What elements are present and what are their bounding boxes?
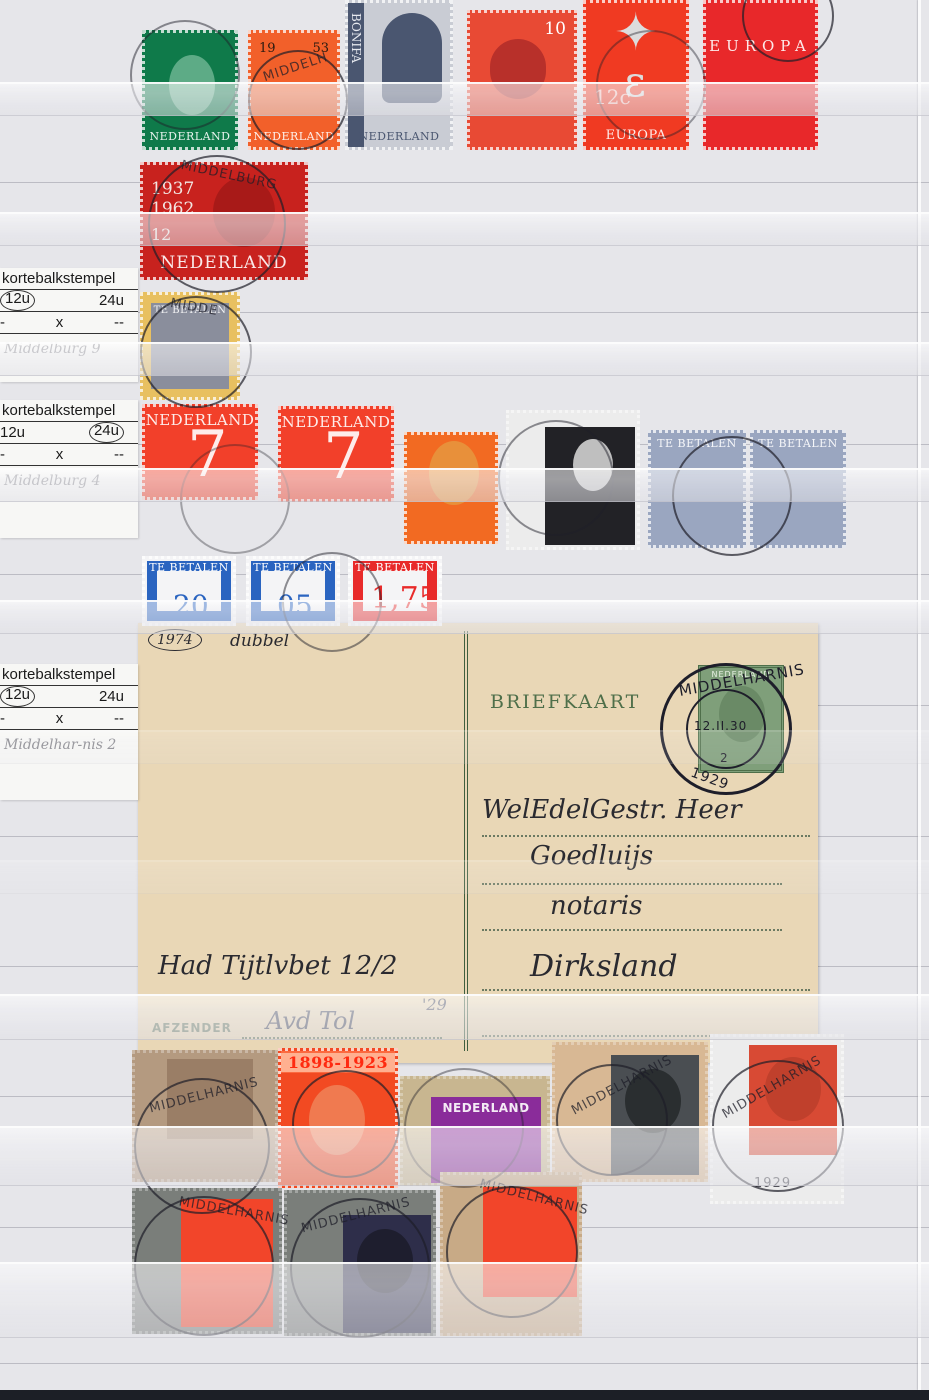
- stamp-year-left: 19: [259, 41, 276, 56]
- address-dotted-line: [482, 989, 810, 991]
- page-rule: [0, 1363, 929, 1364]
- stamp-te-betalen-05[interactable]: TE BETALEN 05: [246, 556, 340, 626]
- stamp-text: TE BETALEN: [753, 437, 843, 450]
- portrait-icon: [357, 1229, 413, 1293]
- stamp-nedfriand-purple[interactable]: NEDERLAND: [400, 1076, 550, 1186]
- portrait-icon: [719, 686, 765, 742]
- stamp-text: EUROPA: [586, 128, 686, 143]
- label-title: kortebalkstempel: [0, 268, 138, 290]
- stamp-text: EUROPA: [706, 37, 815, 55]
- postcard-divider: [464, 631, 468, 1051]
- stamp-year-top: 1937: [151, 179, 194, 199]
- sender-dotted-line: [242, 1037, 442, 1039]
- stamp-text: TE BETALEN: [351, 561, 439, 574]
- stamp-text: NEDERLAND: [251, 130, 337, 143]
- stamp-children-10c[interactable]: 10: [467, 10, 577, 150]
- label-cell: x: [56, 312, 64, 333]
- stamp-year-bottom: 1962: [151, 199, 194, 219]
- portrait-icon: [169, 55, 215, 115]
- label-cell: --: [114, 708, 124, 729]
- stamp-juliana-black[interactable]: [506, 410, 640, 550]
- sender-label: AFZENDER: [152, 1021, 232, 1035]
- stamp-value: 7: [187, 423, 228, 487]
- label-cell: -: [0, 312, 5, 333]
- label-cell: --: [114, 444, 124, 465]
- stamp-text: TE BETALEN: [249, 561, 337, 574]
- stamp-bonifatius[interactable]: BONIFA NEDERLAND: [345, 0, 453, 150]
- children-figure-icon: [490, 39, 546, 99]
- stamp-europa-12c[interactable]: ✦ ε 12c EUROPA: [583, 0, 689, 150]
- label-cell: --: [114, 312, 124, 333]
- address-dotted-line: [482, 883, 782, 885]
- address-line: notaris: [550, 891, 642, 921]
- stamp-green-queen[interactable]: NEDERLAND: [142, 30, 238, 150]
- stamp-text: NEDERLAND: [145, 130, 235, 143]
- address-line: WelEdelGestr. Heer: [482, 795, 742, 825]
- stamp-text: NEDERLAND: [143, 253, 305, 273]
- postcard-heading: BRIEFKAART: [490, 691, 640, 713]
- page-edge: [918, 0, 921, 1390]
- label-col-24u: 24u: [99, 686, 124, 707]
- stamp-jubilee-1898-1923[interactable]: 1898-1923: [278, 1048, 398, 1188]
- stamp-te-betalen-grey-b[interactable]: TE BETALEN: [750, 430, 846, 548]
- stamp-cijfer-7-a[interactable]: NEDERLAND 7: [142, 404, 258, 500]
- address-line: Goedluijs: [530, 841, 653, 871]
- stamp-te-betalen-grey-a[interactable]: TE BETALEN: [648, 430, 746, 548]
- portrait-icon: [573, 439, 613, 491]
- postmark-year: 1929: [754, 1176, 791, 1191]
- label-col-24u: 24u: [89, 422, 124, 443]
- annotation-year: 1974: [148, 629, 202, 651]
- sender-name: Avd Tol: [266, 1007, 355, 1035]
- label-handwritten-note: Middelburg 4: [0, 466, 138, 538]
- label-col-12u: 12u: [0, 686, 35, 707]
- address-dotted-line: [482, 835, 810, 837]
- label-cell: -: [0, 444, 5, 465]
- sender-year: '29: [422, 995, 447, 1014]
- stamp-brown-stationery-cutout[interactable]: [132, 1050, 278, 1182]
- stamp-text: TE BETALEN: [651, 437, 743, 450]
- label-cell: -: [0, 708, 5, 729]
- postmark-label-card: kortebalkstempel 12u24u -x-- Middelhar-n…: [0, 664, 138, 800]
- address-line: Dirksland: [530, 949, 678, 984]
- portrait-icon: [429, 441, 479, 505]
- stockbook-page: NEDERLAND 19 53 NEDERLAND BONIFA NEDERLA…: [0, 0, 929, 1390]
- postmark-label-card: kortebalkstempel 12u24u -x-- Middelburg …: [0, 268, 138, 382]
- postmark-date: 12.II.30: [694, 719, 747, 733]
- stamp-orange-1953[interactable]: 19 53 NEDERLAND: [248, 30, 340, 150]
- annotation-dubbel: dubbel: [230, 631, 289, 651]
- stamp-value: 1,75: [371, 581, 438, 616]
- stamp-cijfer-7-b[interactable]: NEDERLAND 7: [278, 406, 394, 502]
- postcard-message: Had Tijtlvbet 12/2: [158, 951, 397, 981]
- postmark-label-card: kortebalkstempel 12u24u -x-- Middelburg …: [0, 400, 138, 538]
- postmark-number: 2: [720, 751, 729, 765]
- portrait-icon: [309, 1085, 365, 1155]
- stamp-te-betalen-20[interactable]: TE BETALEN 20: [142, 556, 236, 626]
- address-dotted-line: [482, 929, 782, 931]
- label-handwritten-note: Middelburg 9: [0, 334, 138, 382]
- label-cell: x: [56, 444, 64, 465]
- page-shadow-edge: [0, 1390, 929, 1400]
- stamp-juliana-orange[interactable]: [404, 432, 498, 544]
- stamp-value: 10: [544, 19, 566, 39]
- label-cell: x: [56, 708, 64, 729]
- stamp-side-text: BONIFA: [349, 13, 363, 63]
- dove-icon: ✦: [614, 7, 658, 59]
- label-title: kortebalkstempel: [0, 664, 138, 686]
- page-rule: [0, 574, 929, 575]
- stamp-value: 12: [151, 225, 171, 244]
- label-col-12u: 12u: [0, 422, 25, 443]
- label-col-24u: 24u: [99, 290, 124, 311]
- stamp-text: TE BETALEN: [145, 561, 233, 574]
- stamp-value: 05: [277, 589, 313, 622]
- monk-portrait-icon: [382, 13, 442, 103]
- label-col-12u: 12u: [0, 290, 35, 311]
- label-title: kortebalkstempel: [0, 400, 138, 422]
- postcard-briefkaart[interactable]: 1974 dubbel BRIEFKAART NEDERLAND MIDDELH…: [138, 623, 818, 1063]
- stamp-europa-red[interactable]: EUROPA: [703, 0, 818, 150]
- stamp-value: 7: [323, 425, 364, 489]
- stamp-years: 1898-1923: [281, 1053, 395, 1072]
- stamp-te-betalen-175[interactable]: TE BETALEN 1,75: [348, 556, 442, 626]
- stamp-value: 12c: [594, 85, 631, 109]
- stamp-value: 20: [173, 589, 209, 622]
- label-handwritten-note: Middelhar-nis 2: [0, 730, 138, 800]
- stamp-text: NEDERLAND: [431, 1101, 541, 1115]
- stamp-text: NEDERLAND: [348, 130, 450, 143]
